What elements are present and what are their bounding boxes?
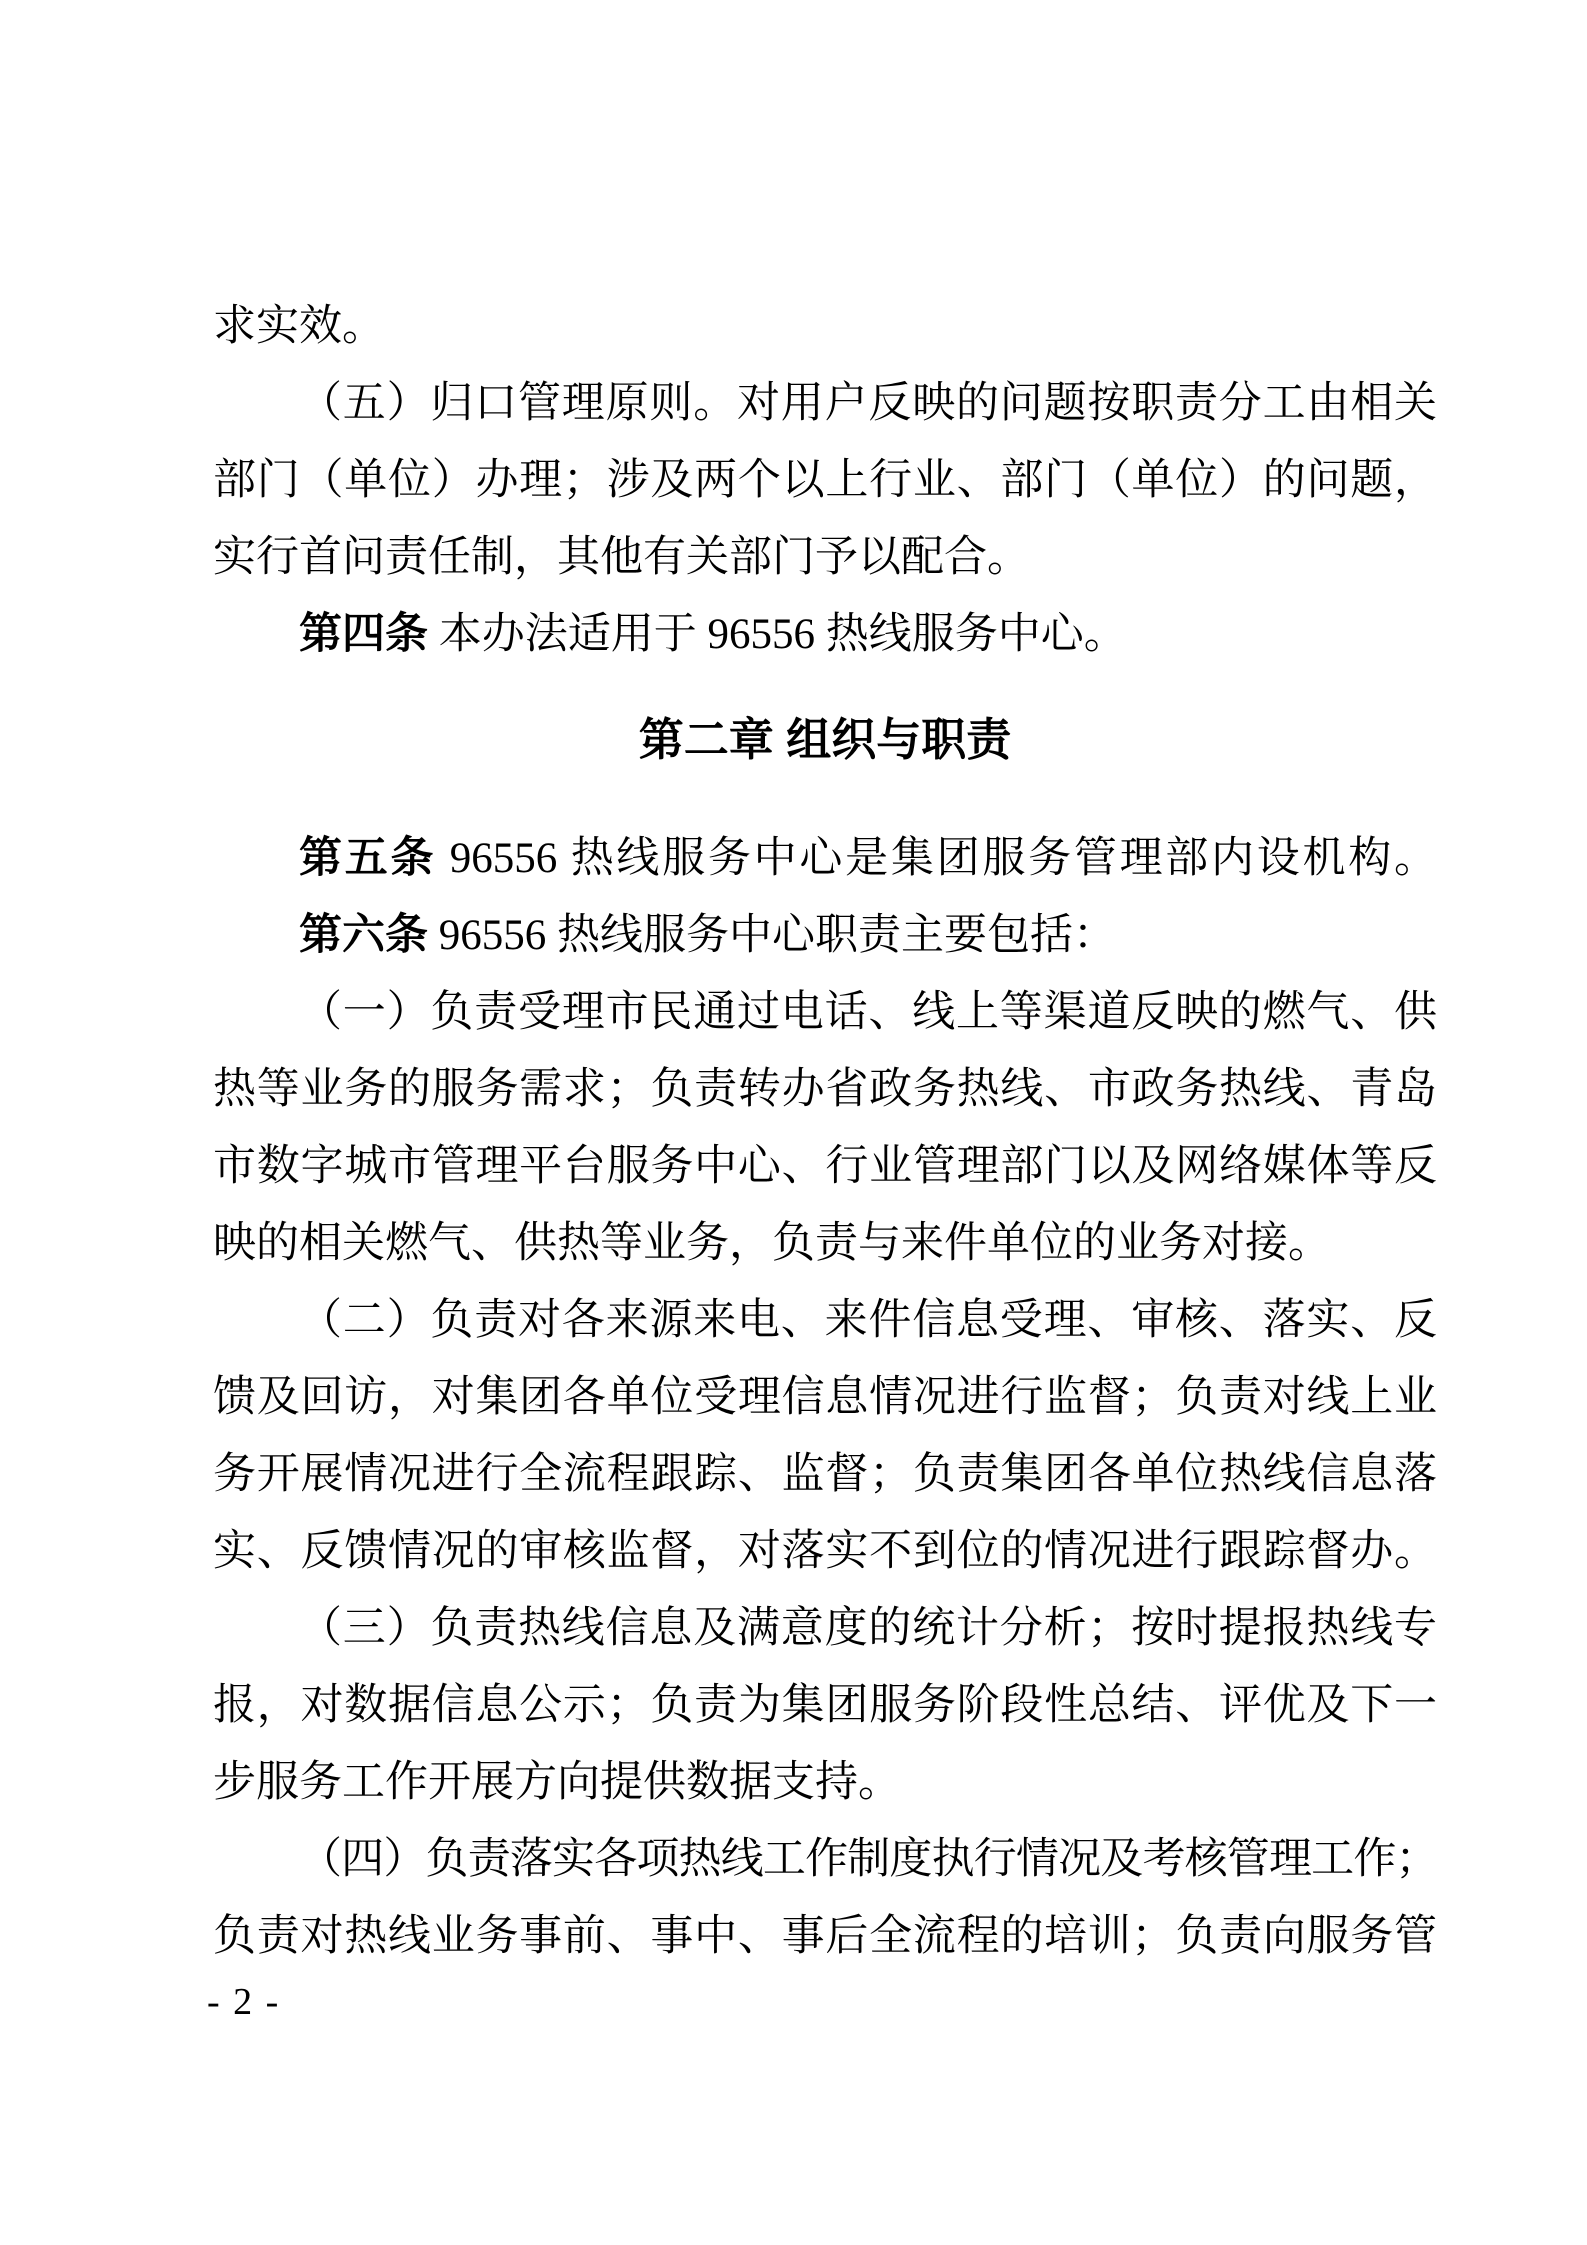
text-line: 第五条 96556 热线服务中心是集团服务管理部内设机构。	[213, 820, 1437, 897]
text-segment: 96556 热线服务中心是集团服务管理部内设机构。	[436, 835, 1437, 882]
text-segment: 映的相关燃气、供热等业务，负责与来件单位的业务对接。	[213, 1220, 1331, 1267]
bold-term: 第六条	[299, 911, 428, 959]
text-segment: 步服务工作开展方向提供数据支持。	[213, 1759, 901, 1806]
text-segment: （四）负责落实各项热线工作制度执行情况及考核管理工作；	[299, 1836, 1437, 1883]
text-line: 第四条 本办法适用于 96556 热线服务中心。	[213, 596, 1437, 673]
text-segment: 务开展情况进行全流程跟踪、监督；负责集团各单位热线信息落	[213, 1451, 1437, 1498]
text-segment: 本办法适用于 96556 热线服务中心。	[428, 611, 1127, 658]
text-segment: 实行首问责任制，其他有关部门予以配合。	[213, 534, 1030, 581]
text-line: 热等业务的服务需求；负责转办省政务热线、市政务热线、青岛	[213, 1051, 1437, 1128]
text-line: 第六条 96556 热线服务中心职责主要包括：	[213, 897, 1437, 974]
bold-term: 第二章 组织与职责	[639, 714, 1012, 765]
text-segment: 报，对数据信息公示；负责为集团服务阶段性总结、评优及下一	[213, 1682, 1437, 1729]
text-segment: 馈及回访，对集团各单位受理信息情况进行监督；负责对线上业	[213, 1374, 1437, 1421]
text-segment: （一）负责受理市民通过电话、线上等渠道反映的燃气、供	[299, 989, 1437, 1036]
text-line: 报，对数据信息公示；负责为集团服务阶段性总结、评优及下一	[213, 1667, 1437, 1744]
text-segment: 热等业务的服务需求；负责转办省政务热线、市政务热线、青岛	[213, 1066, 1437, 1113]
chapter-heading: 第二章 组织与职责	[213, 701, 1437, 778]
text-line: （三）负责热线信息及满意度的统计分析；按时提报热线专	[213, 1590, 1437, 1667]
text-line: （二）负责对各来源来电、来件信息受理、审核、落实、反	[213, 1282, 1437, 1359]
text-segment: 96556 热线服务中心职责主要包括：	[428, 912, 1116, 959]
text-line: 映的相关燃气、供热等业务，负责与来件单位的业务对接。	[213, 1205, 1437, 1282]
text-line: 务开展情况进行全流程跟踪、监督；负责集团各单位热线信息落	[213, 1436, 1437, 1513]
text-segment: （三）负责热线信息及满意度的统计分析；按时提报热线专	[299, 1605, 1437, 1652]
text-segment: 求实效。	[213, 303, 385, 350]
text-segment: 部门（单位）办理；涉及两个以上行业、部门（单位）的问题，	[213, 457, 1437, 504]
text-line: 步服务工作开展方向提供数据支持。	[213, 1744, 1437, 1821]
text-line: （一）负责受理市民通过电话、线上等渠道反映的燃气、供	[213, 974, 1437, 1051]
document-body: 求实效。（五）归口管理原则。对用户反映的问题按职责分工由相关部门（单位）办理；涉…	[213, 288, 1437, 1975]
document-page: 求实效。（五）归口管理原则。对用户反映的问题按职责分工由相关部门（单位）办理；涉…	[0, 0, 1587, 2245]
text-segment: （二）负责对各来源来电、来件信息受理、审核、落实、反	[299, 1297, 1437, 1344]
page-number: - 2 -	[207, 1983, 280, 2021]
text-segment: 市数字城市管理平台服务中心、行业管理部门以及网络媒体等反	[213, 1143, 1437, 1190]
bold-term: 第四条	[299, 610, 428, 658]
text-line: 实行首问责任制，其他有关部门予以配合。	[213, 519, 1437, 596]
text-line: 求实效。	[213, 288, 1437, 365]
text-segment: （五）归口管理原则。对用户反映的问题按职责分工由相关	[299, 380, 1437, 427]
text-line: 实、反馈情况的审核监督，对落实不到位的情况进行跟踪督办。	[213, 1513, 1437, 1590]
text-line: 部门（单位）办理；涉及两个以上行业、部门（单位）的问题，	[213, 442, 1437, 519]
text-line: （四）负责落实各项热线工作制度执行情况及考核管理工作；	[213, 1821, 1437, 1898]
text-line: 负责对热线业务事前、事中、事后全流程的培训；负责向服务管	[213, 1898, 1437, 1975]
bold-term: 第五条	[299, 834, 436, 882]
text-line: 市数字城市管理平台服务中心、行业管理部门以及网络媒体等反	[213, 1128, 1437, 1205]
text-line: 馈及回访，对集团各单位受理信息情况进行监督；负责对线上业	[213, 1359, 1437, 1436]
text-segment: 负责对热线业务事前、事中、事后全流程的培训；负责向服务管	[213, 1913, 1437, 1960]
text-segment: 实、反馈情况的审核监督，对落实不到位的情况进行跟踪督办。	[213, 1528, 1437, 1575]
text-line: （五）归口管理原则。对用户反映的问题按职责分工由相关	[213, 365, 1437, 442]
